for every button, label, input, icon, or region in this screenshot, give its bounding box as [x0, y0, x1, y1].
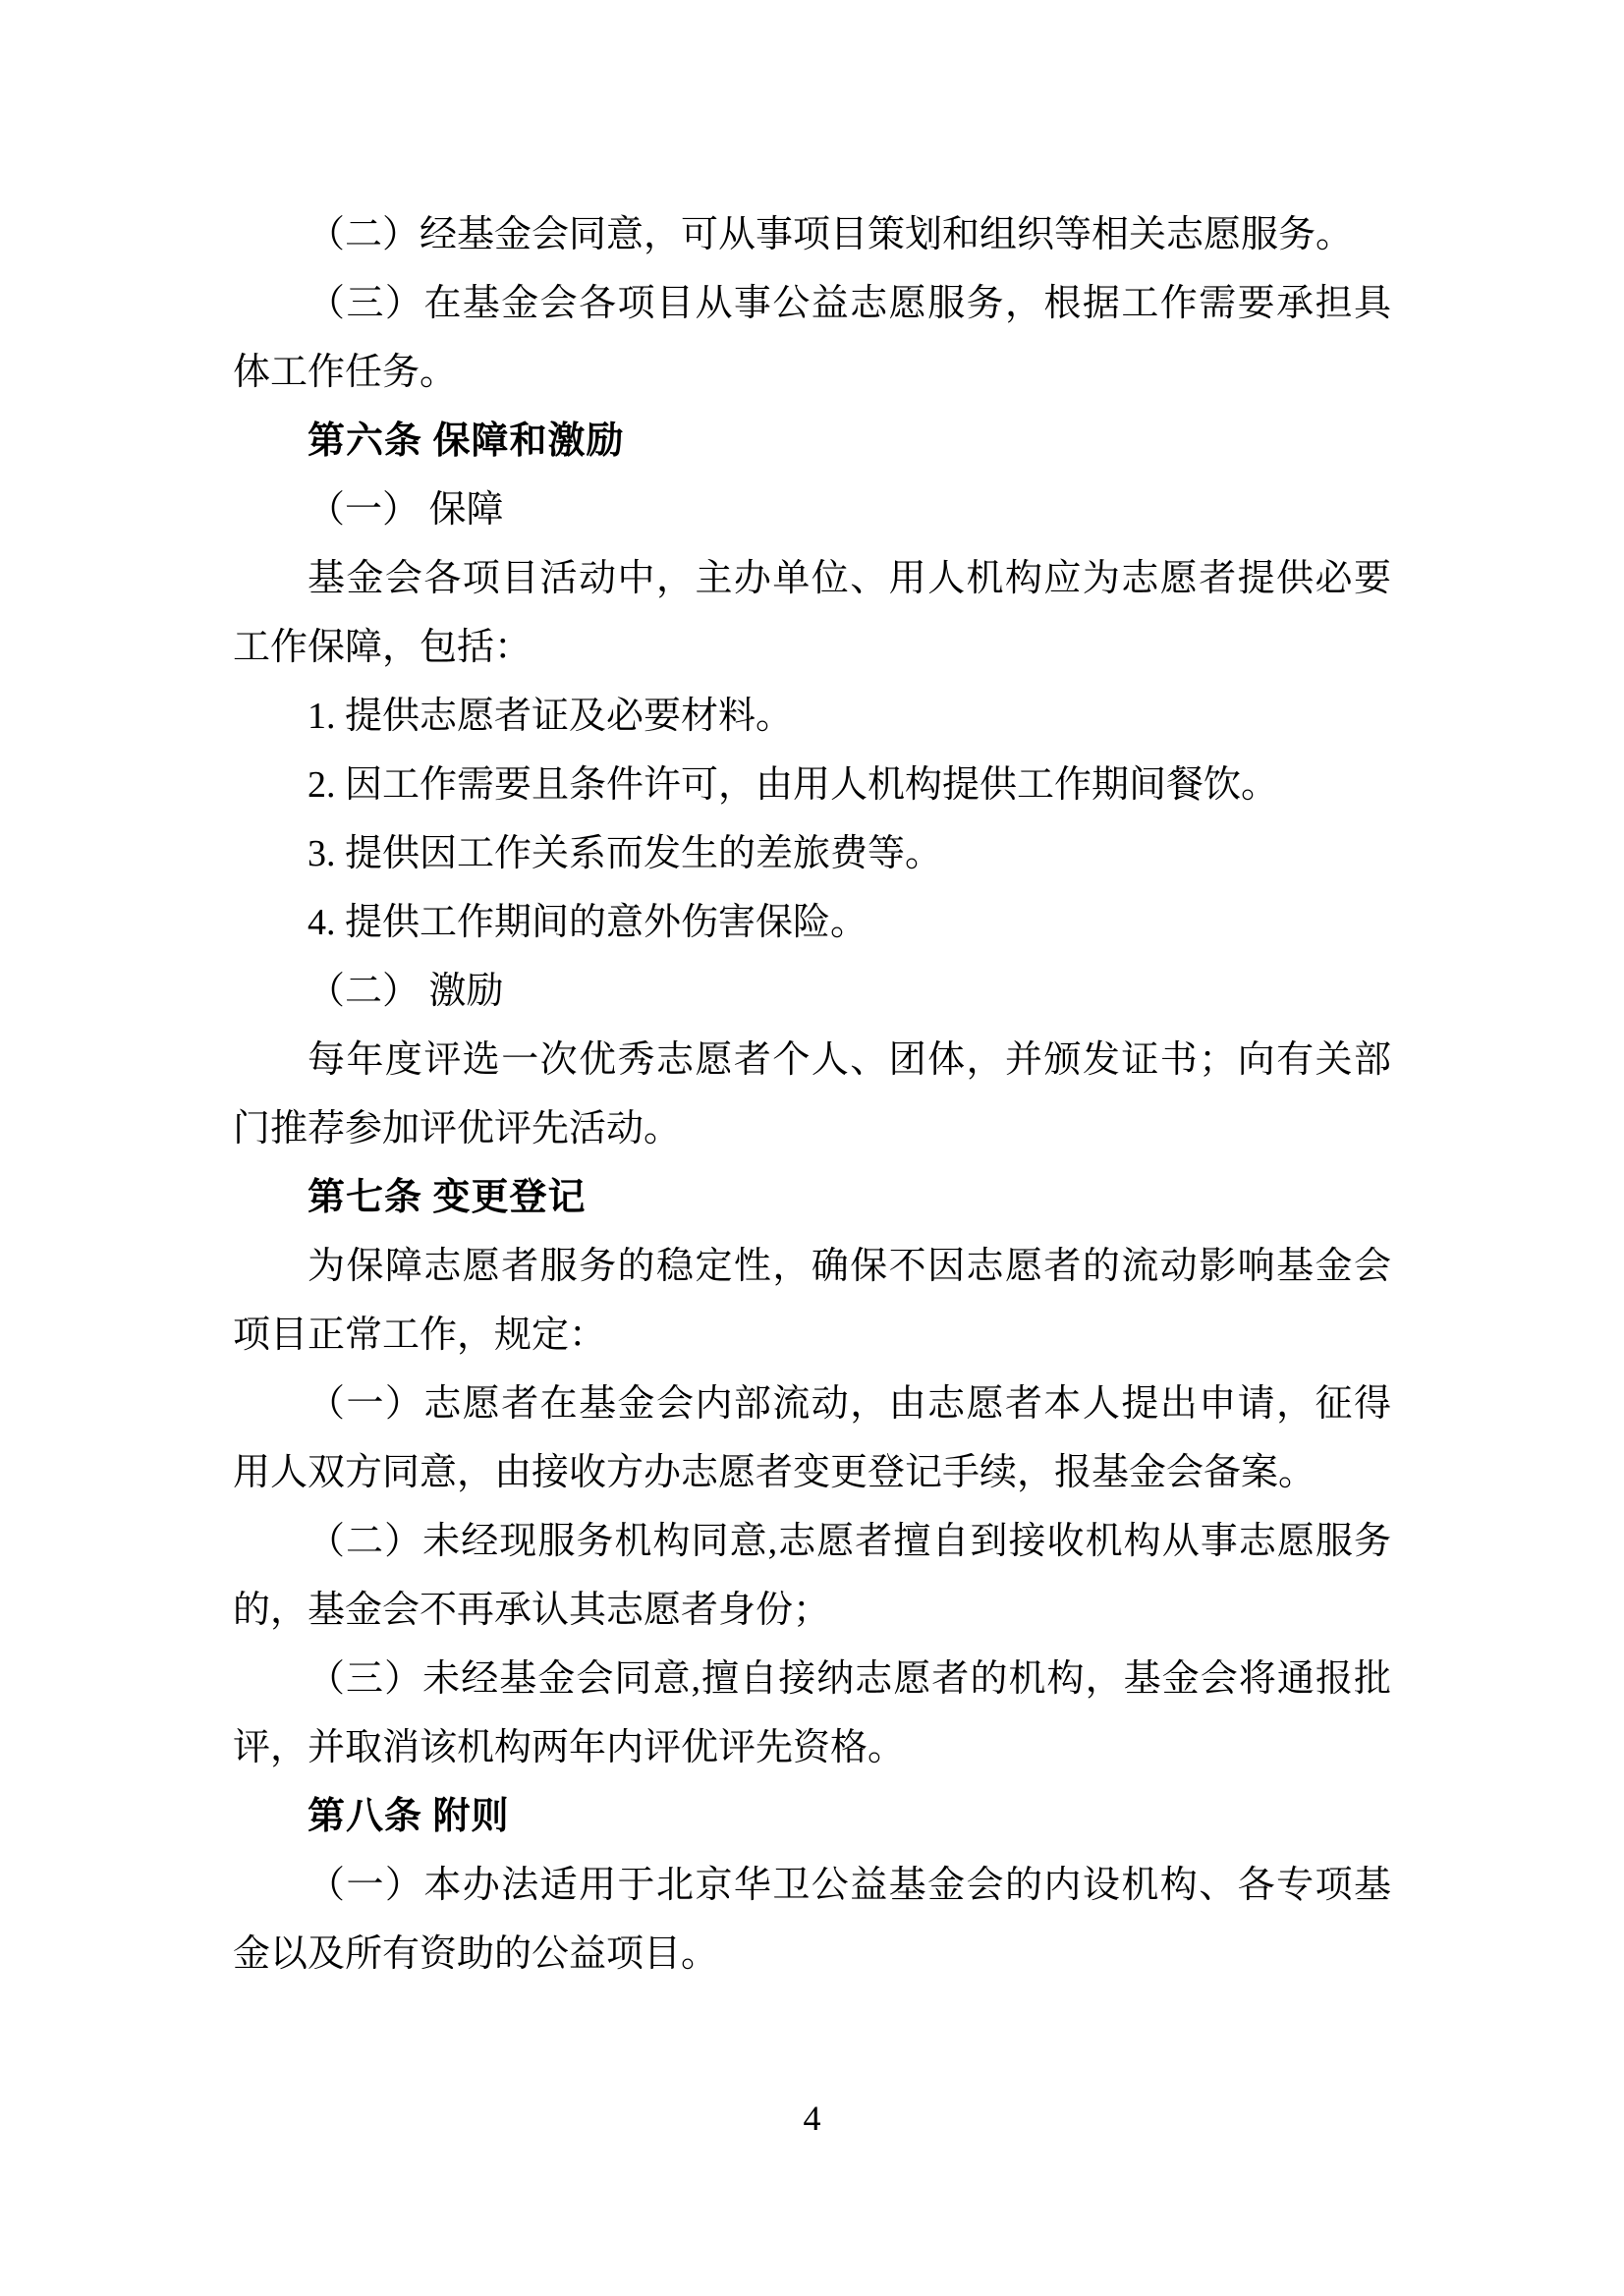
text-line: 用人双方同意，由接收方办志愿者变更登记手续，报基金会备案。 — [233, 1438, 1391, 1507]
article-heading: 第七条 变更登记 — [233, 1163, 1391, 1232]
text-line: 为保障志愿者服务的稳定性，确保不因志愿者的流动影响基金会 — [233, 1232, 1391, 1301]
text-line: 4. 提供工作期间的意外伤害保险。 — [233, 888, 1391, 957]
text-line: （二）未经现服务机构同意,志愿者擅自到接收机构从事志愿服务 — [233, 1507, 1391, 1576]
text-line: 工作保障，包括： — [233, 613, 1391, 682]
text-line: 的，基金会不再承认其志愿者身份； — [233, 1576, 1391, 1645]
text-line: 每年度评选一次优秀志愿者个人、团体，并颁发证书；向有关部 — [233, 1026, 1391, 1094]
text-line: （三）未经基金会同意,擅自接纳志愿者的机构，基金会将通报批 — [233, 1645, 1391, 1713]
document-page: （二）经基金会同意，可从事项目策划和组织等相关志愿服务。（三）在基金会各项目从事… — [0, 0, 1624, 2296]
text-line: 门推荐参加评优评先活动。 — [233, 1094, 1391, 1163]
text-line: 体工作任务。 — [233, 338, 1391, 407]
text-line: 金以及所有资助的公益项目。 — [233, 1920, 1391, 1988]
text-line: （一）本办法适用于北京华卫公益基金会的内设机构、各专项基 — [233, 1851, 1391, 1920]
text-line: 评，并取消该机构两年内评优评先资格。 — [233, 1713, 1391, 1782]
text-line: 项目正常工作，规定： — [233, 1301, 1391, 1370]
text-line: （一） 保障 — [233, 476, 1391, 544]
text-block: （二）经基金会同意，可从事项目策划和组织等相关志愿服务。（三）在基金会各项目从事… — [233, 200, 1391, 1988]
text-line: （二） 激励 — [233, 957, 1391, 1026]
text-line: （二）经基金会同意，可从事项目策划和组织等相关志愿服务。 — [233, 200, 1391, 269]
text-line: 3. 提供因工作关系而发生的差旅费等。 — [233, 819, 1391, 888]
text-line: （一）志愿者在基金会内部流动，由志愿者本人提出申请，征得 — [233, 1370, 1391, 1438]
article-heading: 第六条 保障和激励 — [233, 407, 1391, 476]
text-line: （三）在基金会各项目从事公益志愿服务，根据工作需要承担具 — [233, 269, 1391, 338]
article-heading: 第八条 附则 — [233, 1782, 1391, 1851]
page-number: 4 — [0, 2097, 1624, 2140]
text-line: 2. 因工作需要且条件许可，由用人机构提供工作期间餐饮。 — [233, 751, 1391, 819]
text-line: 1. 提供志愿者证及必要材料。 — [233, 682, 1391, 751]
text-line: 基金会各项目活动中，主办单位、用人机构应为志愿者提供必要 — [233, 544, 1391, 613]
